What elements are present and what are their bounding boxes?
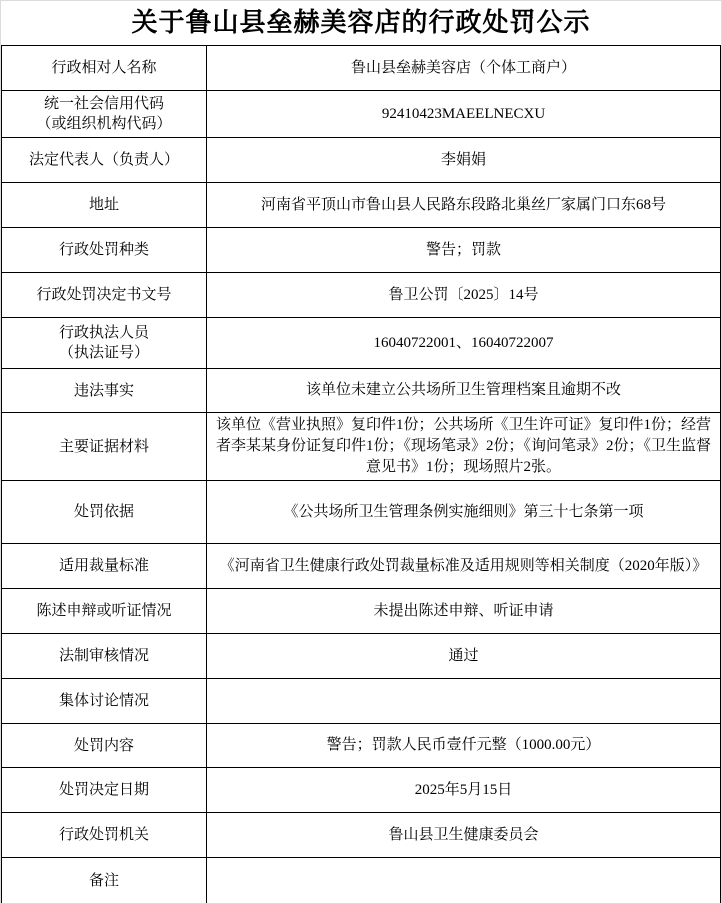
label-address: 地址 <box>2 183 207 228</box>
table-row-decision-doc-number: 行政处罚决定书文号 鲁卫公罚〔2025〕14号 <box>2 273 721 318</box>
label-remarks: 备注 <box>2 858 207 904</box>
label-decision-doc-number: 行政处罚决定书文号 <box>2 273 207 318</box>
table-row-remarks: 备注 <box>2 858 721 904</box>
label-credit-code: 统一社会信用代码 （或组织机构代码） <box>2 91 207 138</box>
value-statement-hearing-status: 未提出陈述申辩、听证申请 <box>207 589 721 634</box>
value-credit-code: 92410423MAEELNECXU <box>207 91 721 138</box>
label-penalty-content: 处罚内容 <box>2 724 207 768</box>
value-legal-review-status: 通过 <box>207 634 721 679</box>
value-discretion-standard: 《河南省卫生健康行政处罚裁量标准及适用规则等相关制度（2020年版）》 <box>207 544 721 589</box>
value-enforcement-officers: 16040722001、16040722007 <box>207 318 721 369</box>
table-row-penalty-type: 行政处罚种类 警告；罚款 <box>2 228 721 273</box>
table-row-evidence-materials: 主要证据材料 该单位《营业执照》复印件1份；公共场所《卫生许可证》复印件1份；经… <box>2 413 721 481</box>
value-address: 河南省平顶山市鲁山县人民路东段路北巢丝厂家属门口东68号 <box>207 183 721 228</box>
value-evidence-materials: 该单位《营业执照》复印件1份；公共场所《卫生许可证》复印件1份；经营者李某某身份… <box>207 413 721 481</box>
table-row-address: 地址 河南省平顶山市鲁山县人民路东段路北巢丝厂家属门口东68号 <box>2 183 721 228</box>
page-title: 关于鲁山县垒赫美容店的行政处罚公示 <box>131 10 590 36</box>
value-penalty-basis: 《公共场所卫生管理条例实施细则》第三十七条第一项 <box>207 481 721 544</box>
label-penalty-type: 行政处罚种类 <box>2 228 207 273</box>
label-illegal-facts: 违法事实 <box>2 369 207 413</box>
table-row-penalty-authority: 行政处罚机关 鲁山县卫生健康委员会 <box>2 813 721 858</box>
title-band: 关于鲁山县垒赫美容店的行政处罚公示 <box>1 1 721 45</box>
table-row-statement-hearing-status: 陈述申辩或听证情况 未提出陈述申辩、听证申请 <box>2 589 721 634</box>
value-penalty-type: 警告；罚款 <box>207 228 721 273</box>
label-legal-representative: 法定代表人（负责人） <box>2 138 207 183</box>
value-penalty-authority: 鲁山县卫生健康委员会 <box>207 813 721 858</box>
label-decision-date: 处罚决定日期 <box>2 768 207 813</box>
table-row-decision-date: 处罚决定日期 2025年5月15日 <box>2 768 721 813</box>
table-row-penalty-content: 处罚内容 警告；罚款人民币壹仟元整（1000.00元） <box>2 724 721 768</box>
table-row-penalty-basis: 处罚依据 《公共场所卫生管理条例实施细则》第三十七条第一项 <box>2 481 721 544</box>
table-row-credit-code: 统一社会信用代码 （或组织机构代码） 92410423MAEELNECXU <box>2 91 721 138</box>
label-enforcement-officers: 行政执法人员 （执法证号） <box>2 318 207 369</box>
value-decision-doc-number: 鲁卫公罚〔2025〕14号 <box>207 273 721 318</box>
table-row-legal-review-status: 法制审核情况 通过 <box>2 634 721 679</box>
table-row-collective-discussion-status: 集体讨论情况 <box>2 679 721 724</box>
label-penalty-authority: 行政处罚机关 <box>2 813 207 858</box>
value-illegal-facts: 该单位未建立公共场所卫生管理档案且逾期不改 <box>207 369 721 413</box>
value-remarks <box>207 858 721 904</box>
label-discretion-standard: 适用裁量标准 <box>2 544 207 589</box>
label-collective-discussion-status: 集体讨论情况 <box>2 679 207 724</box>
value-collective-discussion-status <box>207 679 721 724</box>
label-legal-review-status: 法制审核情况 <box>2 634 207 679</box>
label-penalty-basis: 处罚依据 <box>2 481 207 544</box>
value-party-name: 鲁山县垒赫美容店（个体工商户） <box>207 46 721 91</box>
table-row-discretion-standard: 适用裁量标准 《河南省卫生健康行政处罚裁量标准及适用规则等相关制度（2020年版… <box>2 544 721 589</box>
label-evidence-materials: 主要证据材料 <box>2 413 207 481</box>
value-penalty-content: 警告；罚款人民币壹仟元整（1000.00元） <box>207 724 721 768</box>
table-row-enforcement-officers: 行政执法人员 （执法证号） 16040722001、16040722007 <box>2 318 721 369</box>
penalty-table: 行政相对人名称 鲁山县垒赫美容店（个体工商户） 统一社会信用代码 （或组织机构代… <box>1 45 721 904</box>
table-row-illegal-facts: 违法事实 该单位未建立公共场所卫生管理档案且逾期不改 <box>2 369 721 413</box>
label-statement-hearing-status: 陈述申辩或听证情况 <box>2 589 207 634</box>
table-row-party-name: 行政相对人名称 鲁山县垒赫美容店（个体工商户） <box>2 46 721 91</box>
table-row-legal-representative: 法定代表人（负责人） 李娟娟 <box>2 138 721 183</box>
label-party-name: 行政相对人名称 <box>2 46 207 91</box>
value-decision-date: 2025年5月15日 <box>207 768 721 813</box>
value-legal-representative: 李娟娟 <box>207 138 721 183</box>
penalty-announcement-page: 关于鲁山县垒赫美容店的行政处罚公示 行政相对人名称 鲁山县垒赫美容店（个体工商户… <box>0 0 722 904</box>
